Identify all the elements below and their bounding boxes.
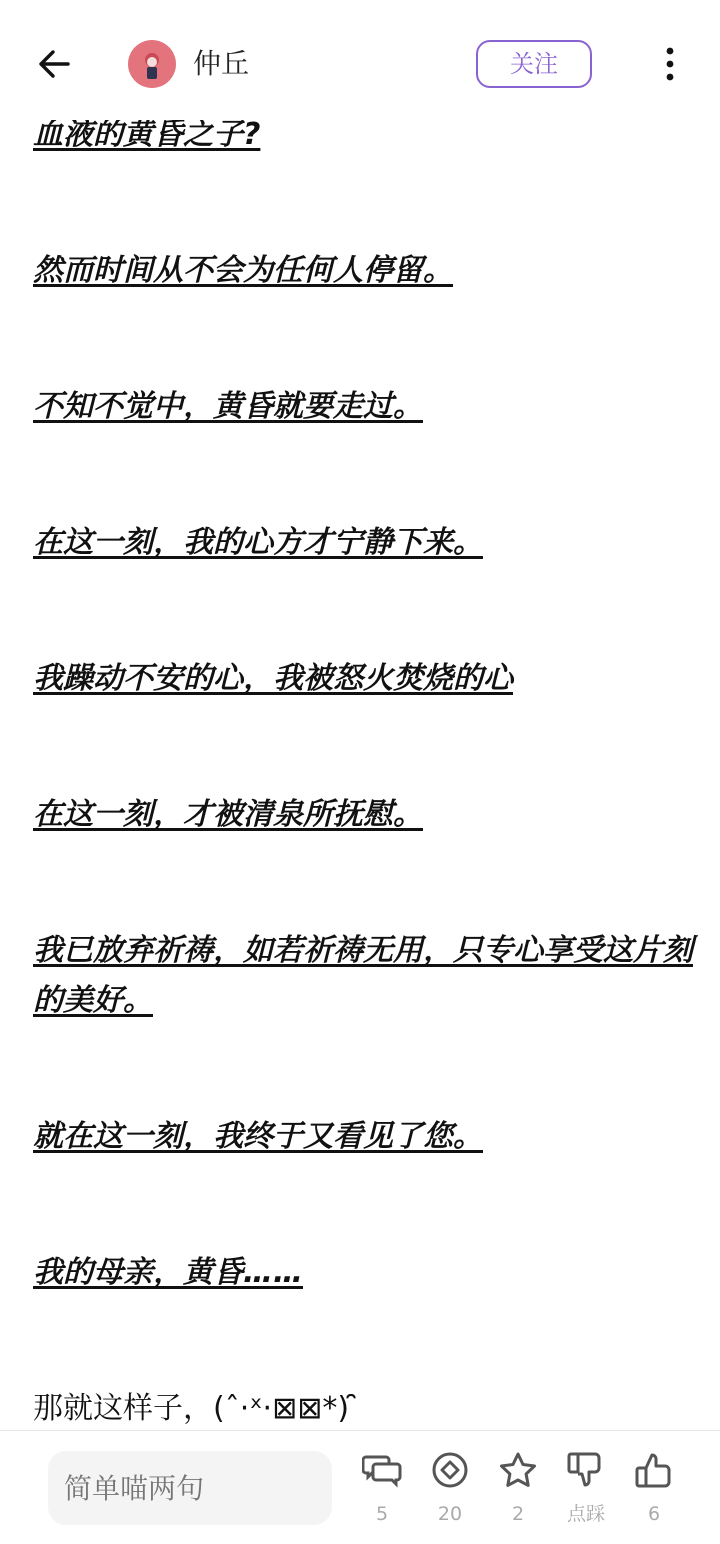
comment-button[interactable]: 5 [352,1451,412,1525]
paragraph: 不知不觉中，黄昏就要走过。 [33,382,693,432]
favorite-count: 2 [488,1503,548,1525]
paragraph: 我已放弃祈祷，如若祈祷无用，只专心享受这片刻的美好。 [33,926,693,1026]
bottom-action-bar: 5 20 2 点踩 6 [0,1430,720,1544]
coin-count: 20 [420,1503,480,1525]
comment-count: 5 [352,1503,412,1525]
like-button[interactable]: 6 [624,1451,684,1525]
paragraph: 然而时间从不会为任何人停留。 [33,246,693,296]
closing-line: 那就这样子，(ˆ·ˣ·⊠⊠*) ̑̑ [33,1384,693,1434]
paragraph: 在这一刻，我的心方才宁静下来。 [33,518,693,568]
like-count: 6 [624,1503,684,1525]
coin-button[interactable]: 20 [420,1451,480,1525]
paragraph: 就在这一刻，我终于又看见了您。 [33,1112,693,1162]
comment-input[interactable] [48,1451,332,1525]
thumbs-down-icon [566,1451,606,1489]
avatar[interactable] [128,40,176,88]
paragraph: 我躁动不安的心，我被怒火焚烧的心 [33,654,693,704]
paragraph: 我的母亲，黄昏…… [33,1248,693,1298]
comment-icon [362,1451,402,1489]
arrow-left-icon[interactable] [34,44,74,84]
paragraph: 在这一刻，才被清泉所抚慰。 [33,790,693,840]
thumbs-up-icon [634,1451,674,1489]
dislike-button[interactable]: 点踩 [556,1451,616,1525]
article-body: 血液的黄昏之子? 然而时间从不会为任何人停留。 不知不觉中，黄昏就要走过。 在这… [33,110,693,1434]
follow-button[interactable]: 关注 [476,40,592,88]
dislike-label: 点踩 [556,1503,616,1525]
favorite-button[interactable]: 2 [488,1451,548,1525]
star-icon [498,1451,538,1489]
top-bar: 仲丘 关注 [0,0,720,120]
more-vertical-icon[interactable] [658,46,682,82]
username[interactable]: 仲丘 [193,44,249,84]
coin-icon [430,1451,470,1489]
